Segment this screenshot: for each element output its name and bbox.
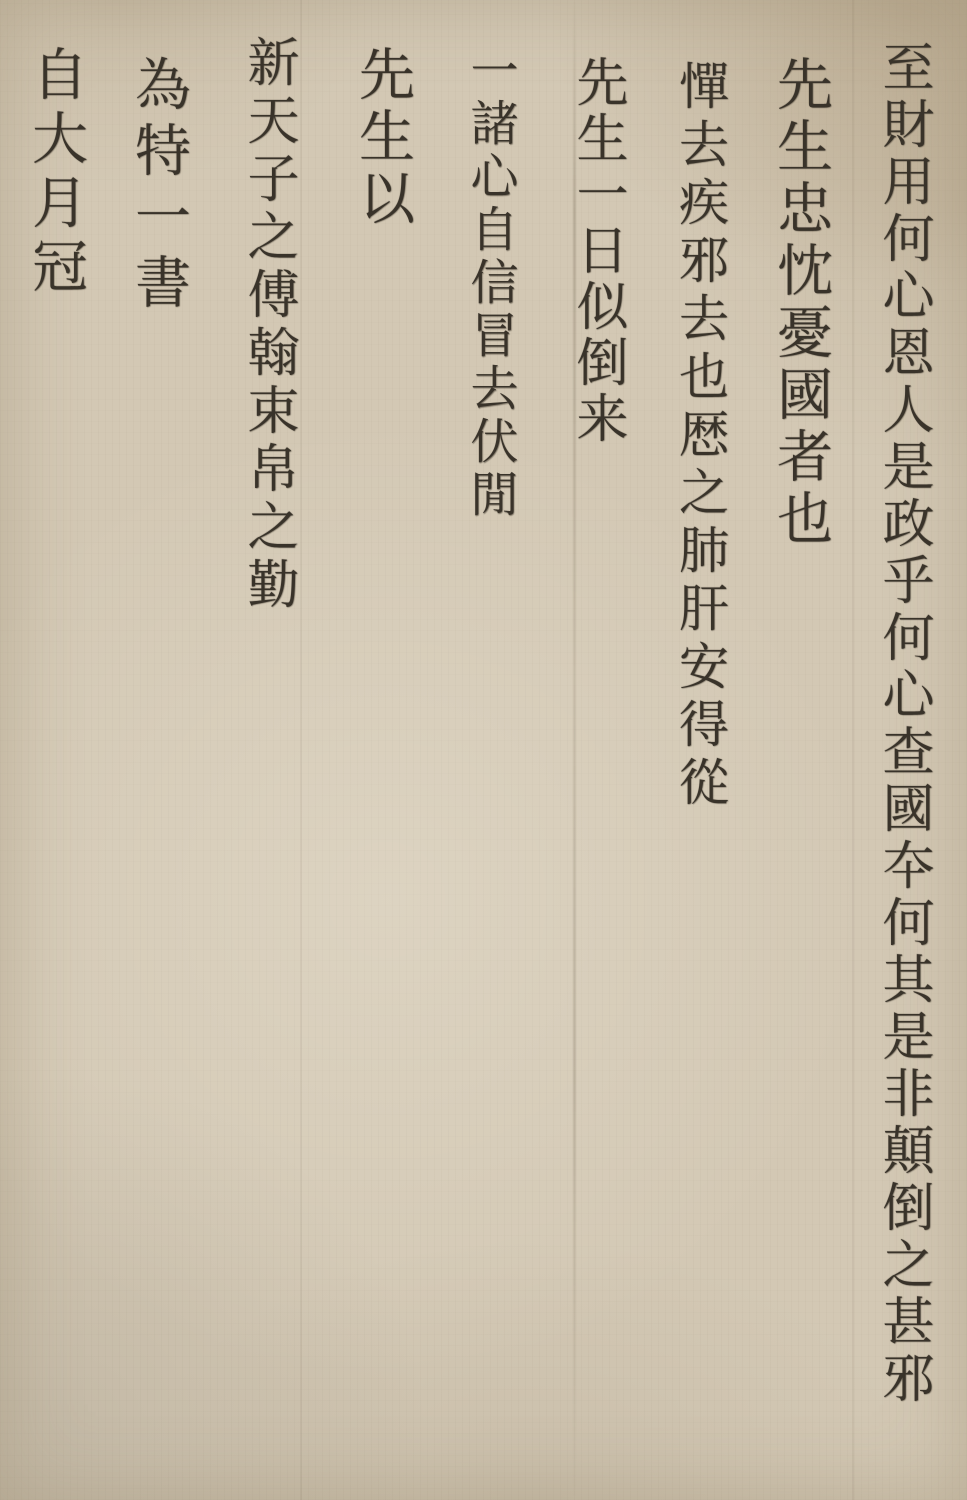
calligraphy-column-6: 先生以 <box>354 45 410 231</box>
faint-paper-streak <box>852 0 854 1500</box>
calligraphy-column-5: 一諸心自信冒去伏閒 <box>466 45 514 522</box>
calligraphy-column-9: 自大月冠 <box>27 45 83 301</box>
calligraphy-column-2: 先生忠忱憂國者也 <box>772 55 828 551</box>
manuscript-page: 至財用何心恩人是政乎何心查國夲何其是非顛倒之甚邪 先生忠忱憂國者也 憚去疾邪去也… <box>0 0 967 1500</box>
calligraphy-column-1: 至財用何心恩人是政乎何心查國夲何其是非顛倒之甚邪 <box>877 40 929 1408</box>
calligraphy-column-7: 新天子之傅翰束帛之勤 <box>242 35 294 615</box>
calligraphy-column-4: 先生一日似倒来 <box>571 55 623 447</box>
calligraphy-column-8: 為特一書 <box>130 55 186 319</box>
faint-paper-streak <box>300 0 302 1500</box>
calligraphy-column-3: 憚去疾邪去也厯之肺肝安得從 <box>675 60 725 814</box>
